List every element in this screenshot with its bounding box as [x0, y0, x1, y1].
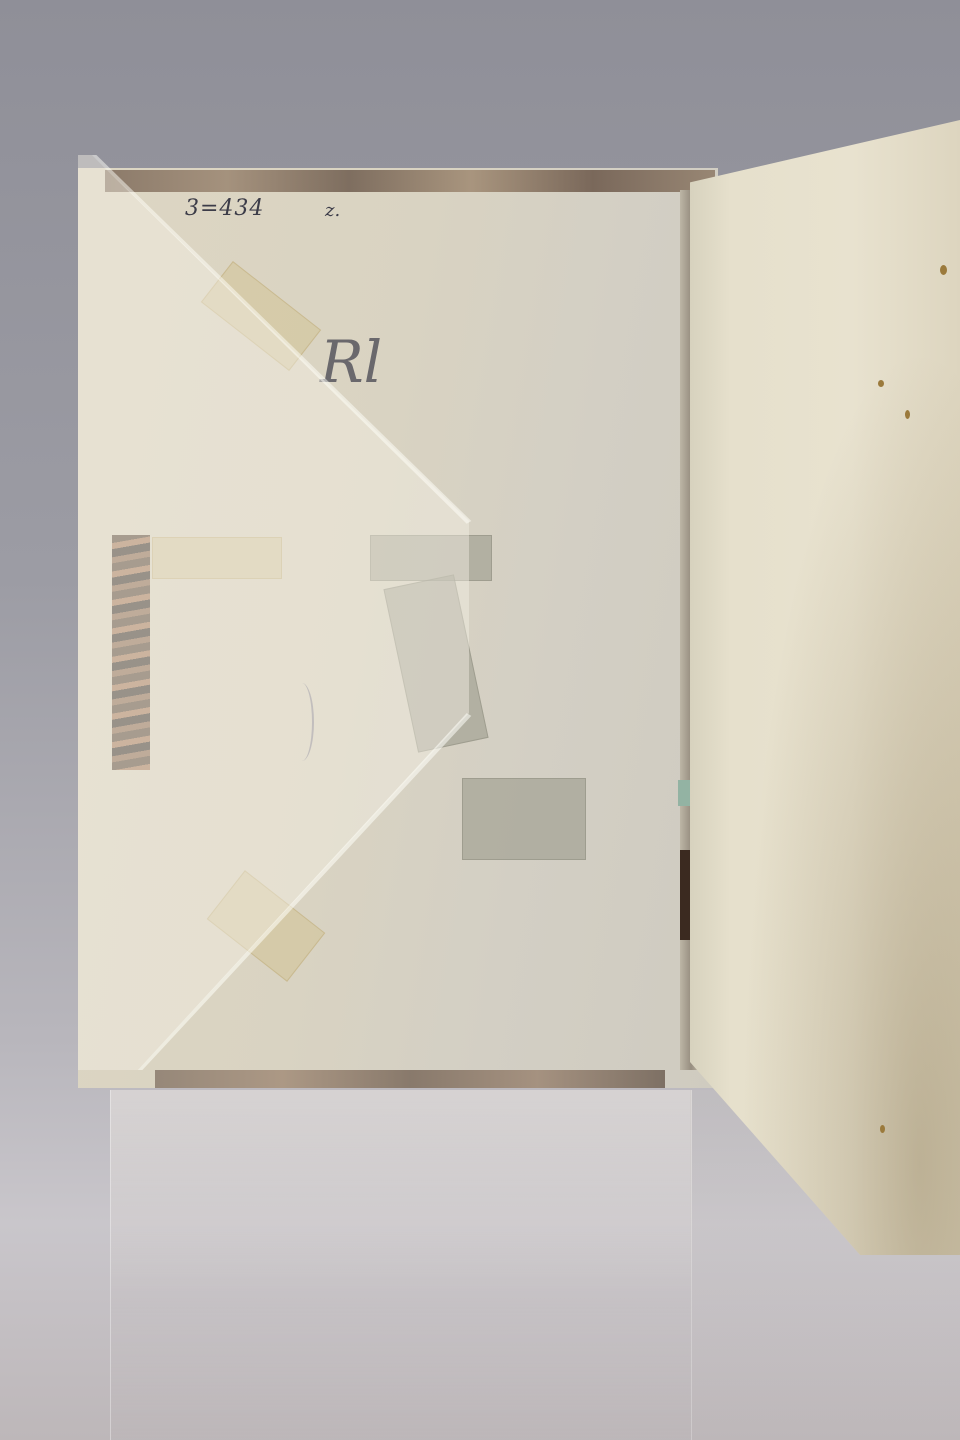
tape-piece-lower	[462, 778, 586, 860]
foxing-spot	[905, 410, 910, 419]
mark-inscription: z.	[325, 200, 340, 221]
foxing-spot	[878, 380, 884, 387]
flyleaf-stain	[690, 120, 960, 1255]
table-reflection	[110, 1090, 692, 1440]
foxing-spot	[940, 265, 947, 275]
top-marbled-edge	[105, 170, 715, 192]
blue-fleck	[678, 780, 692, 806]
hinge-tear	[680, 850, 690, 940]
bottom-marbled-edge	[155, 1070, 665, 1088]
shelfmark-inscription: 3=434	[185, 196, 264, 221]
foxing-spot	[880, 1125, 885, 1133]
